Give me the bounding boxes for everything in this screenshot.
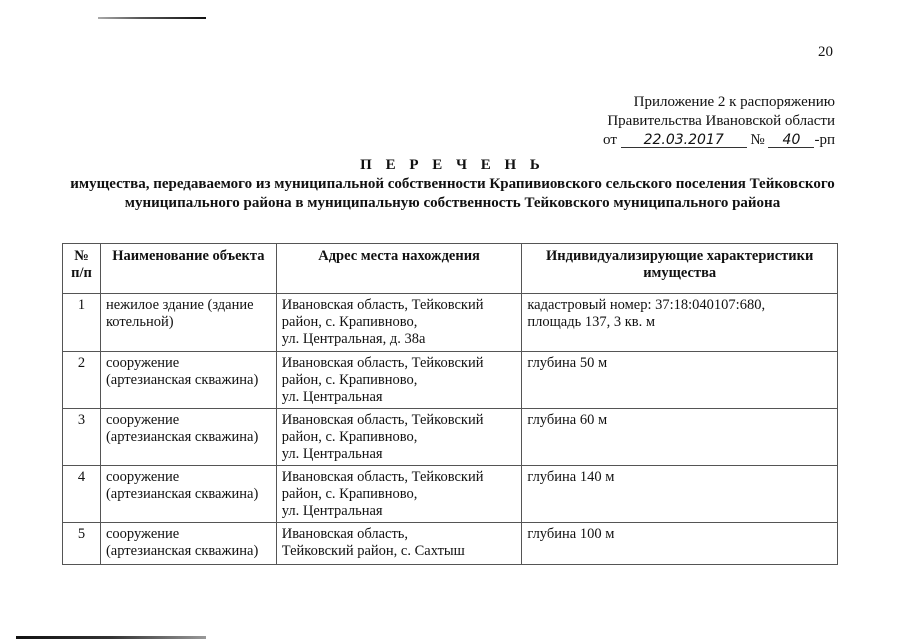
cell-address: Ивановская область,Тейковский район, с. … — [276, 523, 522, 565]
table-row: 1нежилое здание (зданиекотельной)Ивановс… — [63, 294, 838, 352]
cell-address-line: Ивановская область, Тейковский — [282, 412, 517, 429]
appendix-line-1: Приложение 2 к распоряжению — [603, 93, 835, 112]
cell-specs: глубина 140 м — [522, 466, 838, 523]
page-number: 20 — [818, 44, 833, 61]
cell-address: Ивановская область, Тейковскийрайон, с. … — [276, 294, 522, 352]
cell-address-line: район, с. Крапивново, — [282, 314, 517, 331]
property-table: № п/п Наименование объекта Адрес места н… — [62, 243, 838, 565]
cell-address-line: Ивановская область, Тейковский — [282, 469, 517, 486]
cell-name-line: (артезианская скважина) — [106, 543, 271, 560]
cell-address: Ивановская область, Тейковскийрайон, с. … — [276, 409, 522, 466]
cell-specs: кадастровый номер: 37:18:040107:680,площ… — [522, 294, 838, 352]
cell-address-line: ул. Центральная, д. 38а — [282, 331, 517, 348]
cell-number: 2 — [63, 352, 101, 409]
cell-name-line: (артезианская скважина) — [106, 486, 271, 503]
header-address: Адрес места нахождения — [276, 244, 522, 294]
header-number-line: п/п — [68, 265, 95, 282]
appendix-line-2: Правительства Ивановской области — [603, 112, 835, 131]
scan-artifact-line — [98, 17, 206, 19]
cell-name-line: (артезианская скважина) — [106, 372, 271, 389]
cell-number: 5 — [63, 523, 101, 565]
cell-address-line: Ивановская область, Тейковский — [282, 355, 517, 372]
cell-specs: глубина 50 м — [522, 352, 838, 409]
cell-address-line: район, с. Крапивново, — [282, 372, 517, 389]
cell-name: сооружение(артезианская скважина) — [100, 523, 276, 565]
cell-specs-line: глубина 100 м — [527, 526, 832, 543]
cell-specs-line: глубина 50 м — [527, 355, 832, 372]
header-number: № п/п — [63, 244, 101, 294]
appendix-header: Приложение 2 к распоряжению Правительств… — [603, 93, 835, 150]
cell-specs: глубина 100 м — [522, 523, 838, 565]
cell-specs: глубина 60 м — [522, 409, 838, 466]
cell-address: Ивановская область, Тейковскийрайон, с. … — [276, 352, 522, 409]
cell-address-line: район, с. Крапивново, — [282, 429, 517, 446]
header-specs: Индивидуализирующие характеристики имуще… — [522, 244, 838, 294]
cell-number: 4 — [63, 466, 101, 523]
title-subtitle-line-1: имущества, передаваемого из муниципально… — [40, 175, 865, 194]
handwritten-number: 40 — [768, 133, 814, 148]
table-header-row: № п/п Наименование объекта Адрес места н… — [63, 244, 838, 294]
title-subtitle-line-2: муниципального района в муниципальную со… — [40, 194, 865, 213]
header-number-line: № — [68, 248, 95, 265]
number-suffix: -рп — [814, 132, 835, 148]
cell-specs-line: глубина 140 м — [527, 469, 832, 486]
scan-artifact-line — [16, 636, 206, 639]
cell-address-line: ул. Центральная — [282, 389, 517, 406]
cell-name: сооружение(артезианская скважина) — [100, 409, 276, 466]
cell-address-line: Ивановская область, — [282, 526, 517, 543]
cell-name-line: сооружение — [106, 526, 271, 543]
cell-name-line: сооружение — [106, 412, 271, 429]
header-specs-line: имущества — [527, 265, 832, 282]
cell-name: сооружение(артезианская скважина) — [100, 352, 276, 409]
cell-address-line: район, с. Крапивново, — [282, 486, 517, 503]
cell-address-line: Ивановская область, Тейковский — [282, 297, 517, 314]
cell-name: нежилое здание (зданиекотельной) — [100, 294, 276, 352]
cell-specs-line: кадастровый номер: 37:18:040107:680, — [527, 297, 832, 314]
cell-name-line: сооружение — [106, 355, 271, 372]
cell-address-line: ул. Центральная — [282, 446, 517, 463]
from-label: от — [603, 132, 617, 148]
appendix-line-3: от 22.03.2017 № 40-рп — [603, 131, 835, 150]
cell-specs-line: глубина 60 м — [527, 412, 832, 429]
cell-address: Ивановская область, Тейковскийрайон, с. … — [276, 466, 522, 523]
document-title: П Е Р Е Ч Е Н Ь имущества, передаваемого… — [40, 156, 865, 213]
title-heading: П Е Р Е Ч Е Н Ь — [40, 156, 865, 175]
handwritten-date: 22.03.2017 — [621, 133, 747, 148]
header-name: Наименование объекта — [100, 244, 276, 294]
number-label: № — [750, 132, 764, 148]
table-row: 3сооружение(артезианская скважина)Иванов… — [63, 409, 838, 466]
cell-name-line: сооружение — [106, 469, 271, 486]
cell-specs-line: площадь 137, 3 кв. м — [527, 314, 832, 331]
cell-address-line: Тейковский район, с. Сахтыш — [282, 543, 517, 560]
cell-address-line: ул. Центральная — [282, 503, 517, 520]
header-specs-line: Индивидуализирующие характеристики — [527, 248, 832, 265]
cell-number: 3 — [63, 409, 101, 466]
cell-number: 1 — [63, 294, 101, 352]
cell-name-line: (артезианская скважина) — [106, 429, 271, 446]
cell-name-line: котельной) — [106, 314, 271, 331]
table-row: 2сооружение(артезианская скважина)Иванов… — [63, 352, 838, 409]
table-row: 5сооружение(артезианская скважина)Иванов… — [63, 523, 838, 565]
cell-name: сооружение(артезианская скважина) — [100, 466, 276, 523]
table-row: 4сооружение(артезианская скважина)Иванов… — [63, 466, 838, 523]
cell-name-line: нежилое здание (здание — [106, 297, 271, 314]
